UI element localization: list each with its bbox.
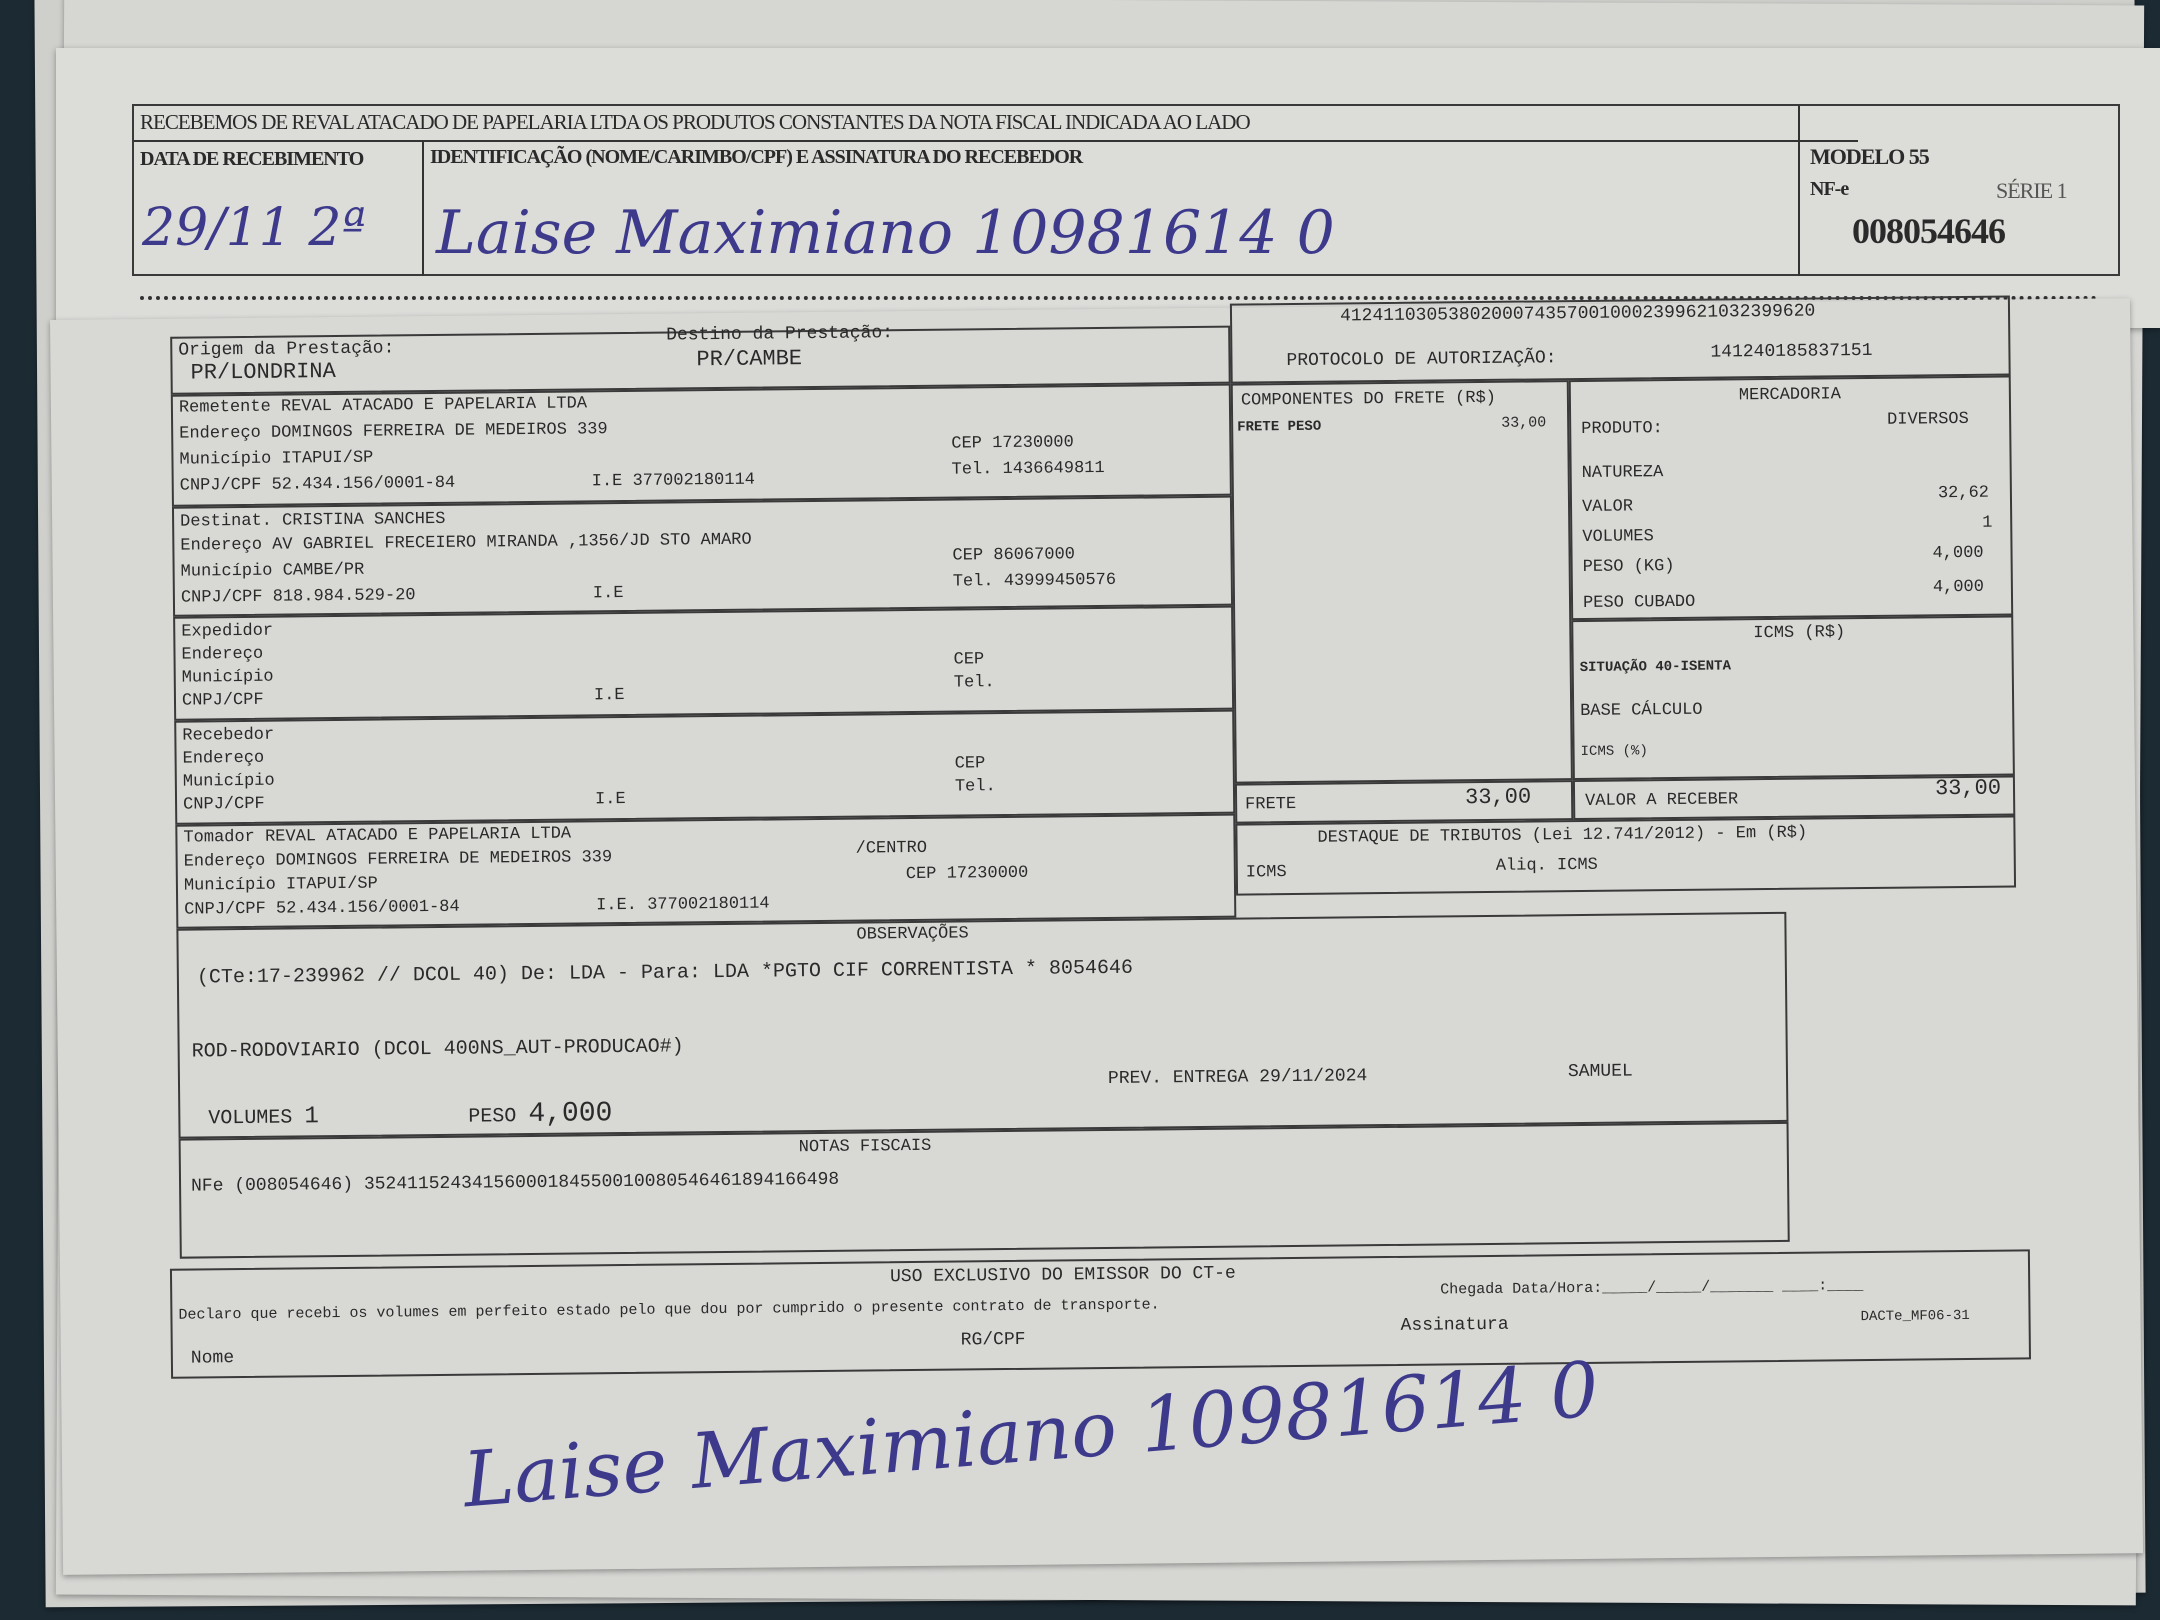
componentes-box <box>1231 380 1573 784</box>
origem: PR/LONDRINA <box>190 359 335 386</box>
expedidor-box <box>173 606 1234 721</box>
remetente-cnpj: 52.434.156/0001-84 <box>271 474 455 495</box>
serie: SÉRIE 1 <box>1996 178 2067 204</box>
valor-receber: 33,00 <box>1935 776 2001 802</box>
remetente-nome: REVAL ATACADO E PAPELARIA LTDA <box>281 394 587 416</box>
observacoes-box <box>176 912 1788 1139</box>
receipt-stub: RECEBEMOS DE REVAL ATACADO DE PAPELARIA … <box>56 48 2160 328</box>
destino: PR/CAMBE <box>696 346 802 372</box>
remetente-endereco: DOMINGOS FERREIRA DE MEDEIROS 339 <box>271 420 608 443</box>
recebedor-box <box>174 710 1235 825</box>
modelo: MODELO 55 <box>1810 144 1929 170</box>
destino-label: Destino da Prestação: <box>666 323 893 345</box>
prev-entrega: 29/11/2024 <box>1259 1066 1367 1087</box>
nfe-label: NF-e <box>1810 178 1848 201</box>
origem-label: Origem da Prestação: <box>178 338 394 360</box>
motorista: SAMUEL <box>1568 1061 1633 1082</box>
nf-number: 008054646 <box>1852 210 2005 252</box>
data-recebimento-label: DATA DE RECEBIMENTO <box>140 148 363 171</box>
destinatario-nome: CRISTINA SANCHES <box>282 510 445 531</box>
ident-label: IDENTIFICAÇÃO (NOME/CARIMBO/CPF) E ASSIN… <box>430 146 1082 169</box>
tomador-nome: REVAL ATACADO E PAPELARIA LTDA <box>265 825 571 847</box>
stub-header: RECEBEMOS DE REVAL ATACADO DE PAPELARIA … <box>140 110 1250 135</box>
protocolo: 141240185837151 <box>1710 341 1872 363</box>
destinatario-cpf: 818.984.529-20 <box>273 586 416 606</box>
handwritten-date: 29/11 2ª <box>142 198 366 258</box>
dacte-document: Origem da Prestação: PR/LONDRINA Destino… <box>50 298 2143 1575</box>
handwritten-signature: Laise Maximiano 10981614 0 <box>436 198 1335 268</box>
frete-total: 33,00 <box>1465 785 1531 811</box>
mercadoria-valor: 32,62 <box>1938 484 1989 504</box>
